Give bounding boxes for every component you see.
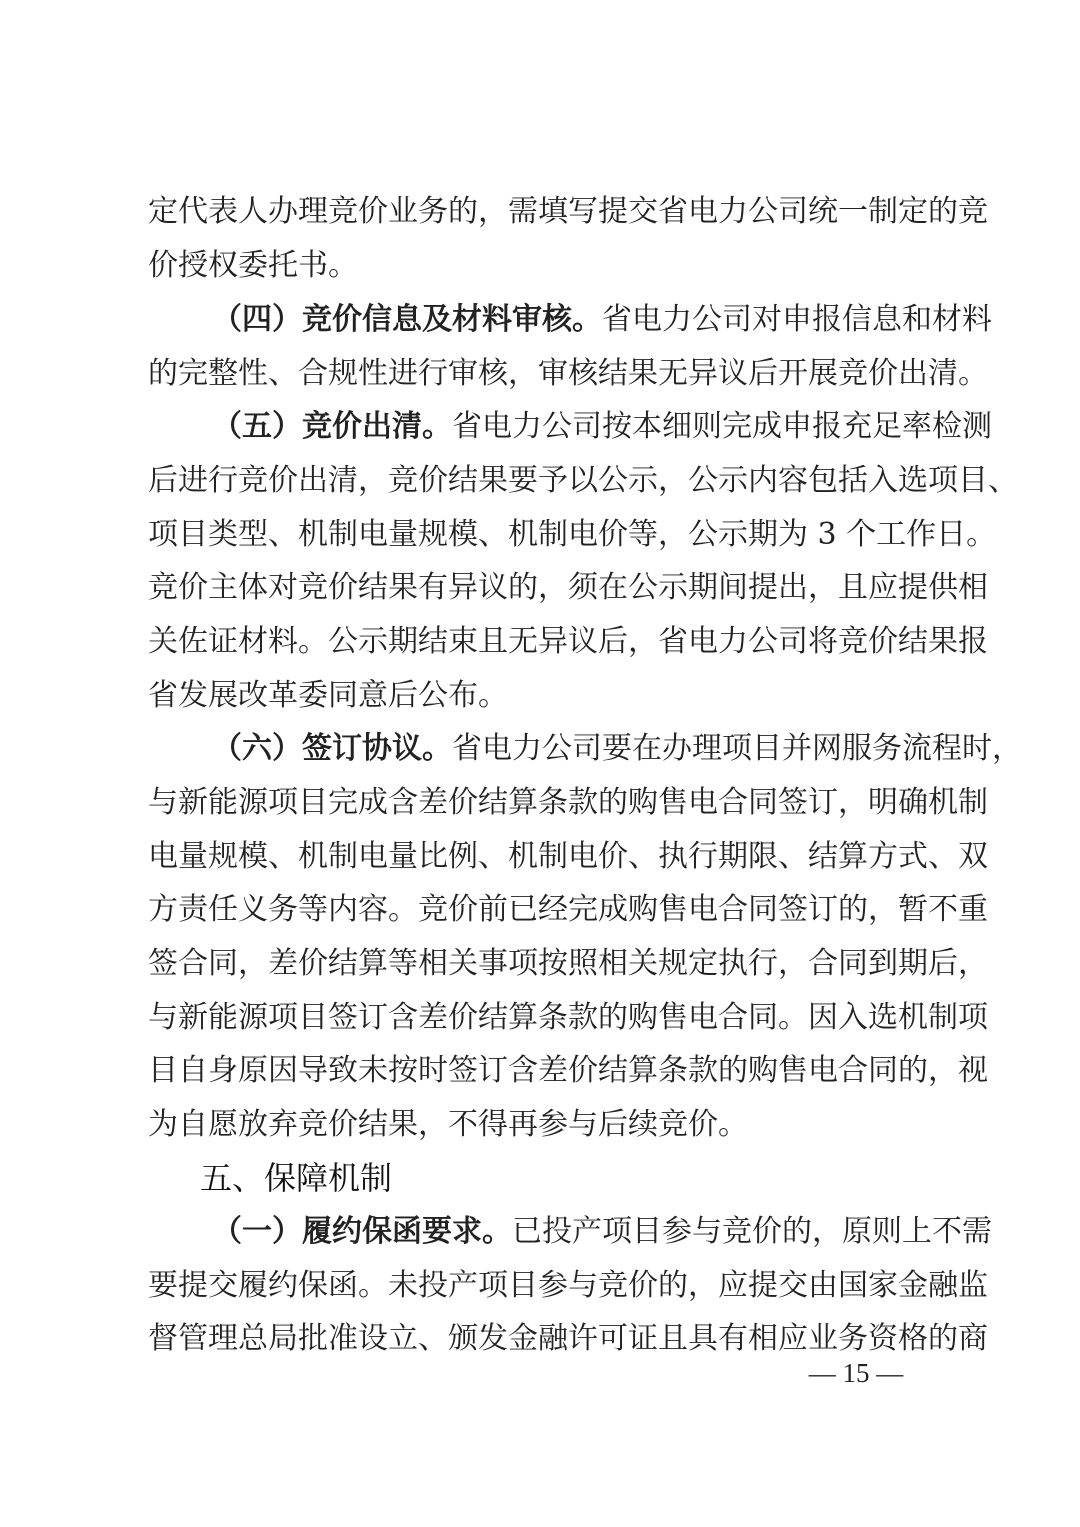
- paragraph-line: 目自身原因导致未按时签订含差价结算条款的购售电合同的，视: [148, 1051, 938, 1091]
- subsection-title-clearing: （五）竞价出清。: [212, 409, 452, 444]
- paragraph-text: 省电力公司要在办理项目并网服务流程时，: [452, 731, 1022, 766]
- subsection-line-clearing: （五）竞价出清。省电力公司按本细则完成申报充足率检测: [212, 407, 938, 447]
- paragraph-line: 要提交履约保函。未投产项目参与竞价的，应提交由国家金融监: [148, 1266, 938, 1306]
- paragraph-text: 省电力公司对申报信息和材料: [602, 302, 992, 337]
- paragraph-line: 与新能源项目完成含差价结算条款的购售电合同签订，明确机制: [148, 783, 938, 823]
- paragraph-text: 已投产项目参与竞价的，原则上不需: [512, 1214, 992, 1249]
- page-number: — 15 —: [806, 1356, 906, 1390]
- paragraph-line: 督管理总局批准设立、颁发金融许可证且具有相应业务资格的商: [148, 1319, 938, 1359]
- paragraph-text: 省电力公司按本细则完成申报充足率检测: [452, 409, 992, 444]
- document-page: 定代表人办理竞价业务的，需填写提交省电力公司统一制定的竞 价授权委托书。 （四）…: [0, 0, 1080, 1527]
- subsection-line-review: （四）竞价信息及材料审核。省电力公司对申报信息和材料: [212, 300, 938, 340]
- paragraph-line: 省发展改革委同意后公布。: [148, 676, 938, 716]
- paragraph-line: 关佐证材料。公示期结束且无异议后，省电力公司将竞价结果报: [148, 622, 938, 662]
- subsection-title-guarantee: （一）履约保函要求。: [212, 1214, 512, 1249]
- section-heading: 五、保障机制: [200, 1156, 392, 1200]
- paragraph-line: 电量规模、机制电量比例、机制电价、执行期限、结算方式、双: [148, 837, 938, 877]
- subsection-line-guarantee: （一）履约保函要求。已投产项目参与竞价的，原则上不需: [212, 1212, 938, 1252]
- paragraph-line: 价授权委托书。: [148, 246, 938, 286]
- paragraph-line: 定代表人办理竞价业务的，需填写提交省电力公司统一制定的竞: [148, 192, 938, 232]
- subsection-line-agreement: （六）签订协议。省电力公司要在办理项目并网服务流程时，: [212, 729, 938, 769]
- paragraph-line: 竞价主体对竞价结果有异议的，须在公示期间提出，且应提供相: [148, 568, 938, 608]
- paragraph-line: 为自愿放弃竞价结果，不得再参与后续竞价。: [148, 1105, 938, 1145]
- paragraph-line: 的完整性、合规性进行审核，审核结果无异议后开展竞价出清。: [148, 354, 938, 394]
- paragraph-line: 与新能源项目签订含差价结算条款的购售电合同。因入选机制项: [148, 998, 938, 1038]
- paragraph-line: 方责任义务等内容。竞价前已经完成购售电合同签订的，暂不重: [148, 890, 938, 930]
- paragraph-line: 后进行竞价出清，竞价结果要予以公示，公示内容包括入选项目、: [148, 461, 938, 501]
- paragraph-line: 签合同，差价结算等相关事项按照相关规定执行，合同到期后，: [148, 944, 938, 984]
- subsection-title-review: （四）竞价信息及材料审核。: [212, 302, 602, 337]
- subsection-title-agreement: （六）签订协议。: [212, 731, 452, 766]
- paragraph-line: 项目类型、机制电量规模、机制电价等，公示期为 3 个工作日。: [148, 515, 938, 555]
